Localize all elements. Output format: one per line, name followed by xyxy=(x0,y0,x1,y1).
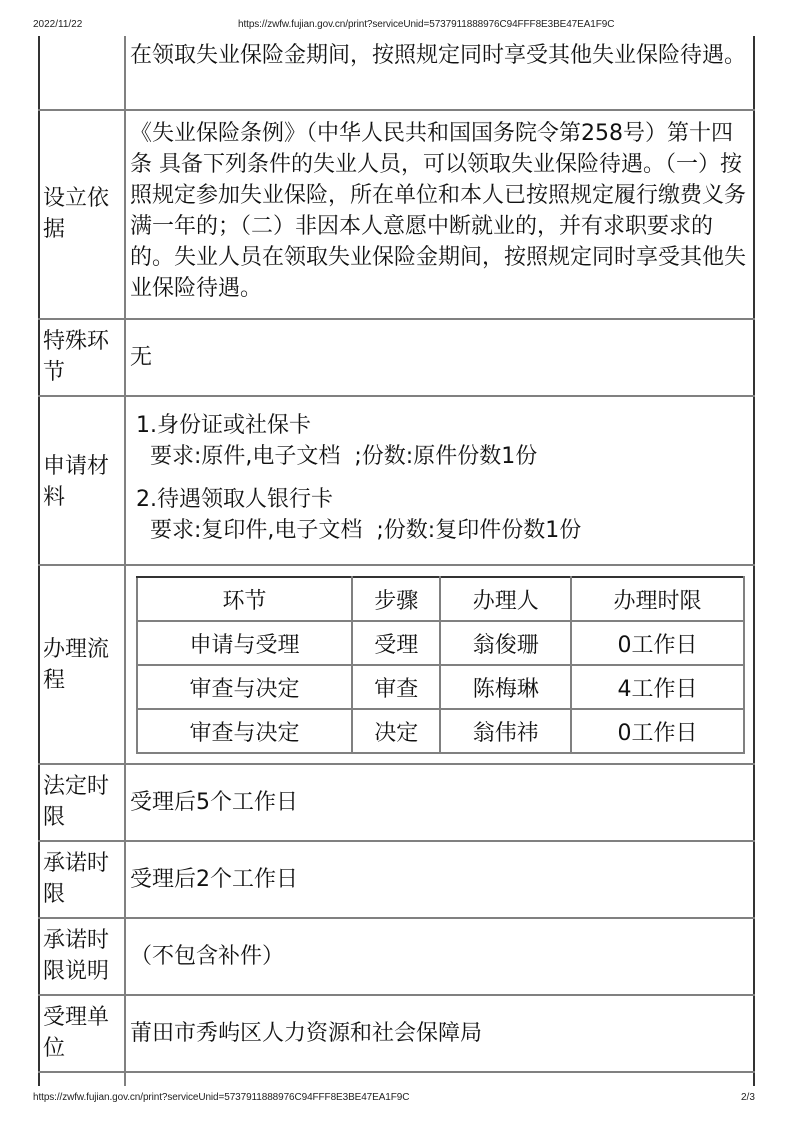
special-steps-content: 无 xyxy=(130,342,748,373)
handler-cell: 陈梅琳 xyxy=(440,665,571,709)
materials-list: 1.身份证或社保卡 要求:原件,电子文档 ;份数:原件份数1份 2.待遇领取人银… xyxy=(130,410,748,546)
row-divider xyxy=(38,109,755,111)
process-header-row: 环节 步骤 办理人 办理时限 xyxy=(137,577,744,621)
promised-note-label: 承诺时限说明 xyxy=(43,925,123,987)
table-row: 审查与决定 审查 陈梅琳 4工作日 xyxy=(137,665,744,709)
step-cell: 决定 xyxy=(352,709,440,753)
basis-label: 设立依据 xyxy=(43,183,123,245)
row-divider xyxy=(38,1071,755,1073)
agency-content: 莆田市秀屿区人力资源和社会保障局 xyxy=(130,1018,748,1049)
time-limit-cell: 0工作日 xyxy=(571,621,744,665)
legal-limit-content: 受理后5个工作日 xyxy=(130,787,748,818)
column-header-time-limit: 办理时限 xyxy=(571,577,744,621)
material-title: 1.身份证或社保卡 xyxy=(136,410,748,441)
column-header-stage: 环节 xyxy=(137,577,352,621)
stage-cell: 审查与决定 xyxy=(137,665,352,709)
table-row: 申请与受理 受理 翁俊珊 0工作日 xyxy=(137,621,744,665)
print-date: 2022/11/22 xyxy=(33,19,82,30)
step-cell: 受理 xyxy=(352,621,440,665)
row-divider xyxy=(38,318,755,320)
promised-limit-label: 承诺时限 xyxy=(43,848,123,910)
material-requirement: 要求:复印件,电子文档 ;份数:复印件份数1份 xyxy=(150,515,748,546)
table-border-right xyxy=(753,36,755,1086)
page-number: 2/3 xyxy=(741,1092,755,1103)
promised-note-content: （不包含补件） xyxy=(130,941,748,972)
print-url-footer: https://zwfw.fujian.gov.cn/print?service… xyxy=(33,1092,409,1103)
table-column-divider xyxy=(124,36,126,1086)
column-header-step: 步骤 xyxy=(352,577,440,621)
process-table: 环节 步骤 办理人 办理时限 申请与受理 受理 翁俊珊 0工作日 审查与决定 审… xyxy=(136,576,745,754)
row-divider xyxy=(38,395,755,397)
material-item: 1.身份证或社保卡 要求:原件,电子文档 ;份数:原件份数1份 xyxy=(130,410,748,472)
promised-limit-content: 受理后2个工作日 xyxy=(130,864,748,895)
material-requirement: 要求:原件,电子文档 ;份数:原件份数1份 xyxy=(150,441,748,472)
row-divider xyxy=(38,917,755,919)
time-limit-cell: 0工作日 xyxy=(571,709,744,753)
column-header-handler: 办理人 xyxy=(440,577,571,621)
print-url-header: https://zwfw.fujian.gov.cn/print?service… xyxy=(238,19,614,30)
row-divider xyxy=(38,564,755,566)
agency-label: 受理单位 xyxy=(43,1002,123,1064)
legal-limit-label: 法定时限 xyxy=(43,771,123,833)
row-divider xyxy=(38,763,755,765)
row-divider xyxy=(38,840,755,842)
row-divider xyxy=(38,994,755,996)
continued-row-content: 在领取失业保险金期间，按照规定同时享受其他失业保险待遇。 xyxy=(130,40,748,71)
step-cell: 审查 xyxy=(352,665,440,709)
table-row: 审查与决定 决定 翁伟祎 0工作日 xyxy=(137,709,744,753)
table-border-left xyxy=(38,36,40,1086)
material-item: 2.待遇领取人银行卡 要求:复印件,电子文档 ;份数:复印件份数1份 xyxy=(130,484,748,546)
handler-cell: 翁伟祎 xyxy=(440,709,571,753)
process-label: 办理流程 xyxy=(43,634,123,696)
time-limit-cell: 4工作日 xyxy=(571,665,744,709)
special-steps-label: 特殊环节 xyxy=(43,326,123,388)
stage-cell: 申请与受理 xyxy=(137,621,352,665)
handler-cell: 翁俊珊 xyxy=(440,621,571,665)
basis-content: 《失业保险条例》（中华人民共和国国务院令第258号）第十四条 具备下列条件的失业… xyxy=(130,118,748,304)
stage-cell: 审查与决定 xyxy=(137,709,352,753)
material-title: 2.待遇领取人银行卡 xyxy=(136,484,748,515)
materials-label: 申请材料 xyxy=(43,451,123,513)
